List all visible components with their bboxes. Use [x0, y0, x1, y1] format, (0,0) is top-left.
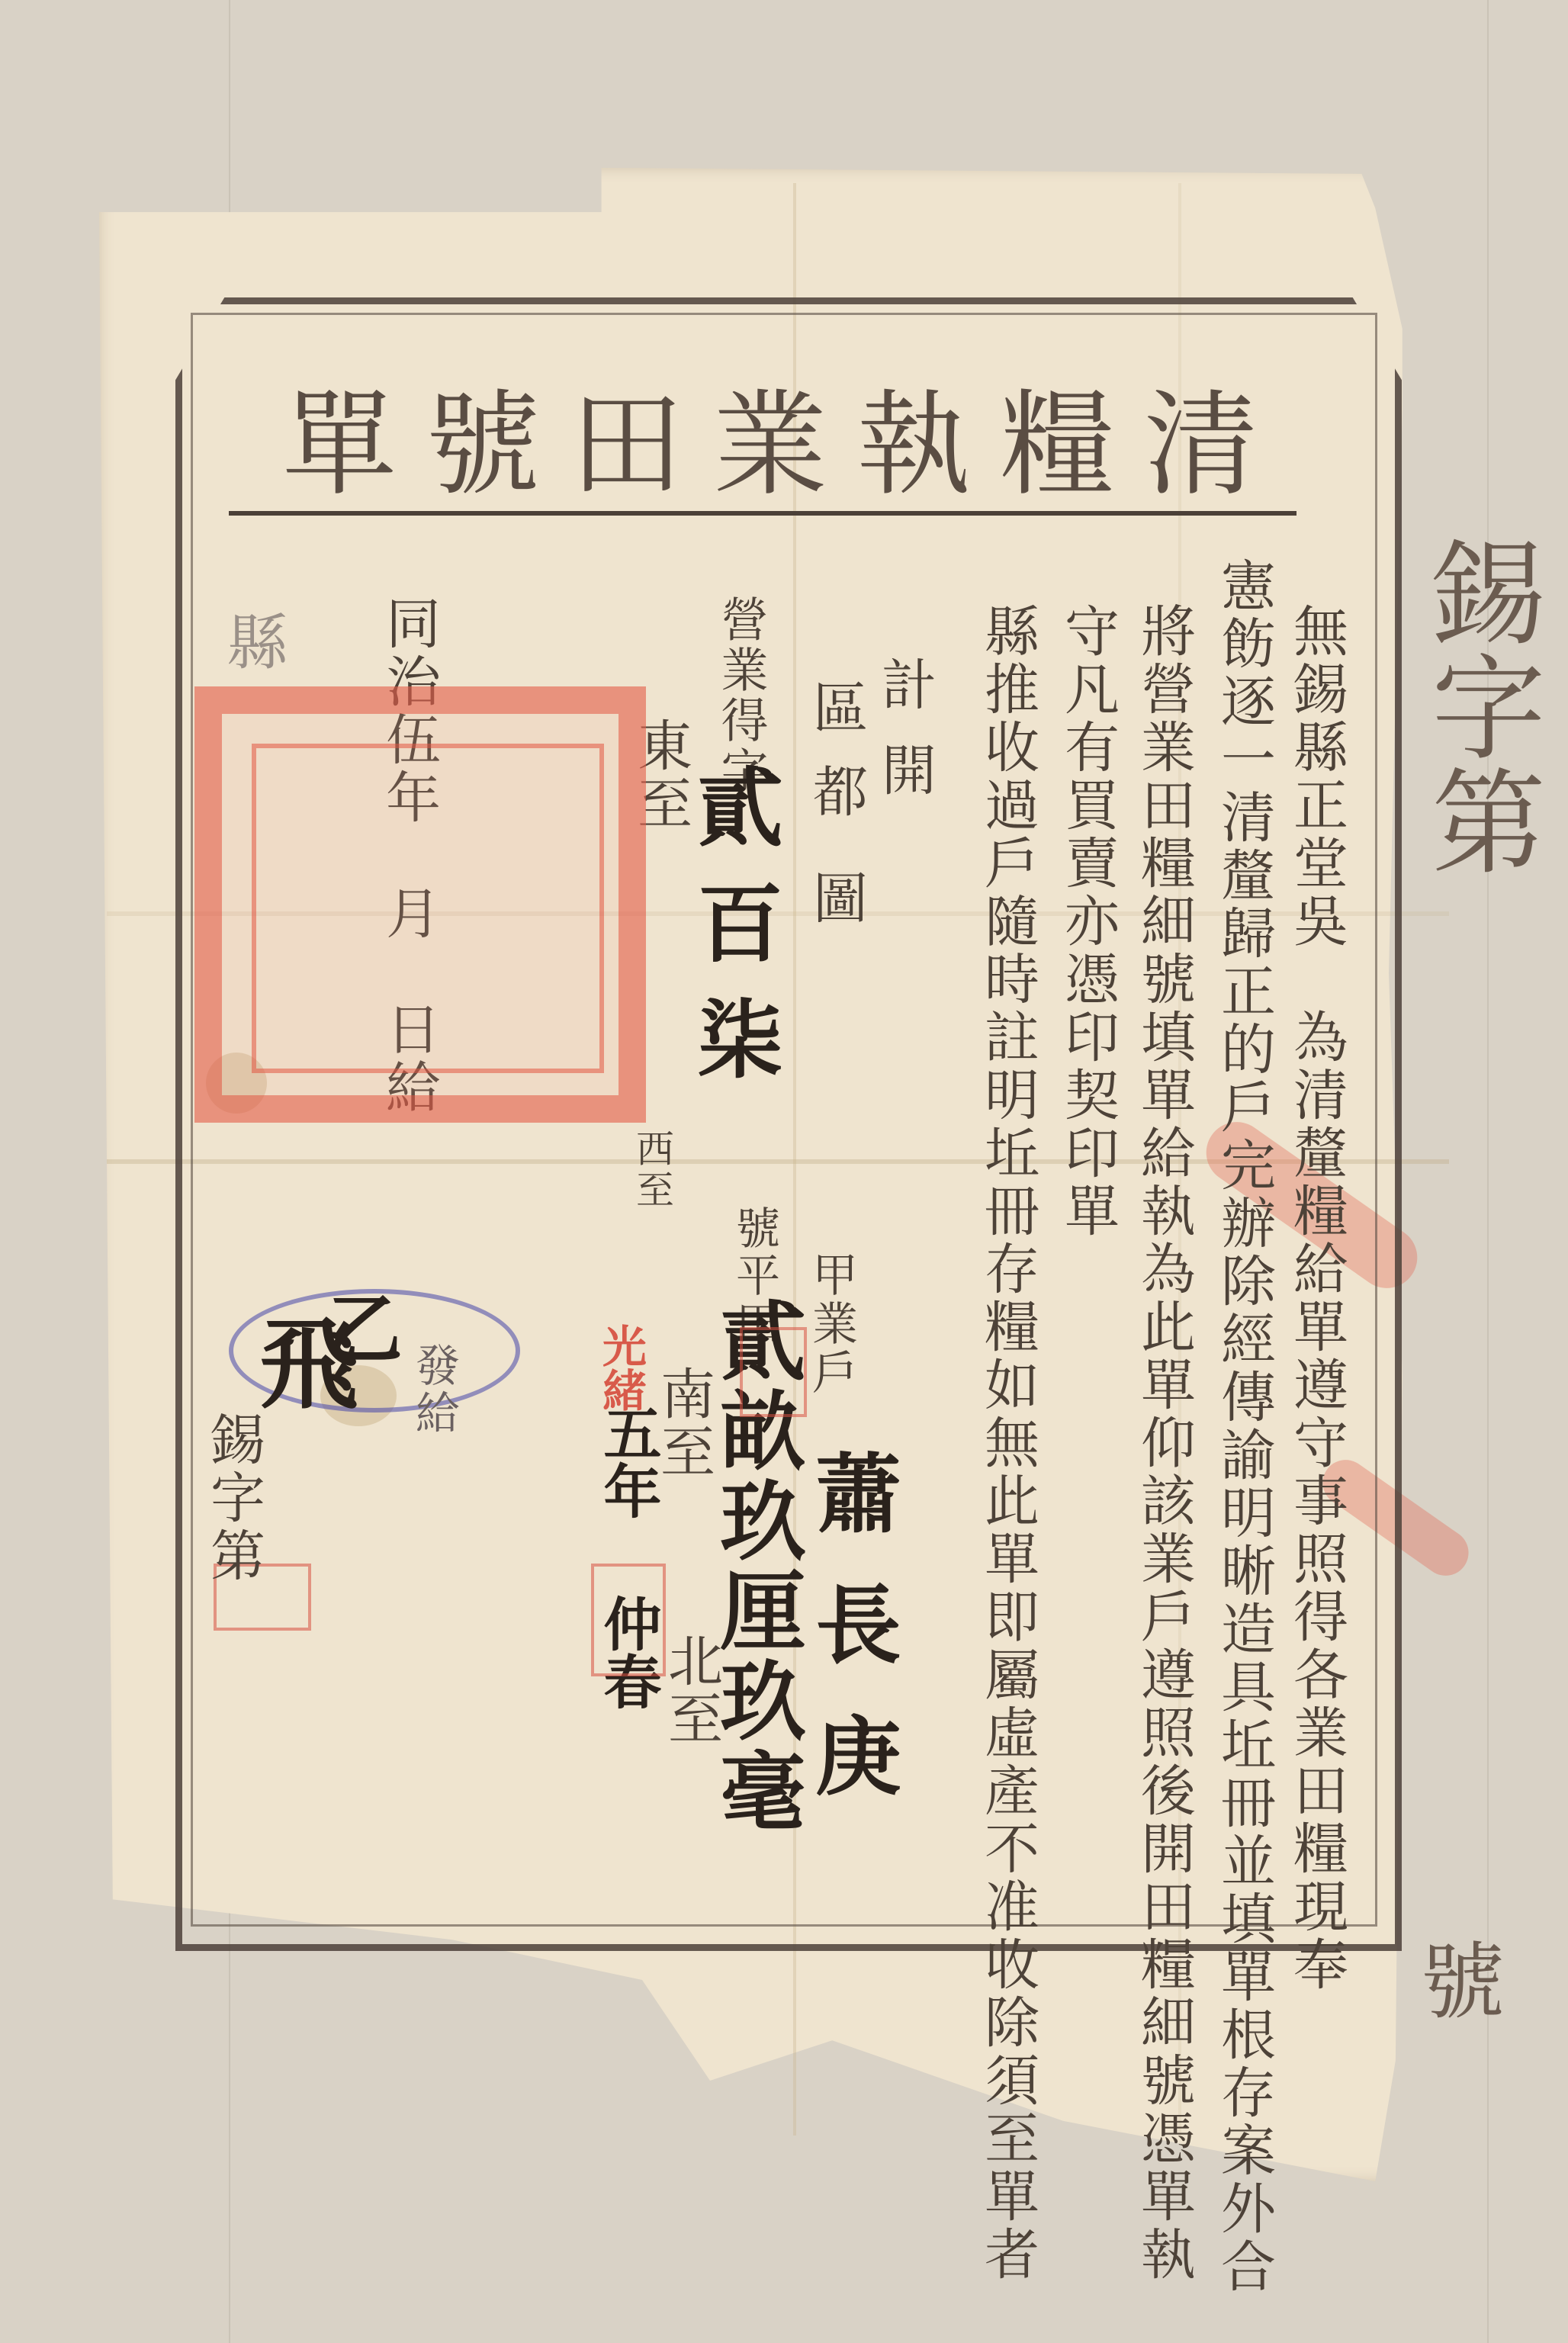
county-label: 縣: [221, 610, 282, 674]
title-char: 清: [1144, 352, 1258, 517]
label-du: 都: [808, 763, 863, 821]
body-column-3: 將營業田糧細號填單給執為此單仰該業戶遵照後開田糧細號憑單執: [1136, 603, 1191, 2284]
right-margin-serial: 錫字第: [1396, 534, 1560, 877]
body-column-5: 縣推收過戶隨時註明坵冊存糧如無此單即屬虛產不准收除須至單者: [980, 603, 1035, 2284]
body-column-2: 憲飭逐一清釐歸正的戶完辦除經傳諭明晰造具坵冊並填單根存案外合: [1216, 557, 1271, 2296]
title-char: 糧: [1001, 352, 1115, 517]
issued-note: 發給: [412, 1342, 456, 1437]
era-name: 光緒: [599, 1323, 643, 1412]
large-county-seal-inner: [252, 744, 604, 1073]
body-column-4: 守凡有買賣亦憑印契印單: [1060, 603, 1115, 1240]
label-tu: 圖: [808, 869, 863, 927]
signature-mark: 飛: [252, 1312, 351, 1426]
label-north: 北至: [664, 1632, 718, 1748]
date-year: 五年: [599, 1403, 657, 1519]
title-char: 號: [426, 352, 540, 517]
label-west: 西至: [633, 1129, 671, 1211]
serial-label: 錫字第: [206, 1411, 261, 1585]
small-seal-date: [591, 1564, 666, 1676]
owner-name: 蕭長庚: [808, 1449, 894, 1843]
label-jikai: 計開: [877, 656, 932, 827]
plot-number: 貳百柒: [690, 763, 776, 1110]
title-char: 執: [856, 352, 971, 517]
deed-title: 清 糧 執 業 田 號 單: [282, 366, 1258, 503]
label-qu: 區: [808, 679, 863, 737]
title-char: 業: [713, 352, 827, 517]
title-char: 田: [570, 352, 684, 517]
title-char: 單: [282, 352, 397, 517]
small-seal-area: [740, 1327, 807, 1417]
label-south: 南至: [656, 1365, 711, 1481]
right-margin-number: 號: [1396, 1937, 1516, 2021]
label-household: 甲業戶: [808, 1251, 854, 1397]
body-column-1: 無錫縣正堂吳 為清釐糧給單遵守事照得各業田糧現奉: [1289, 603, 1344, 1994]
